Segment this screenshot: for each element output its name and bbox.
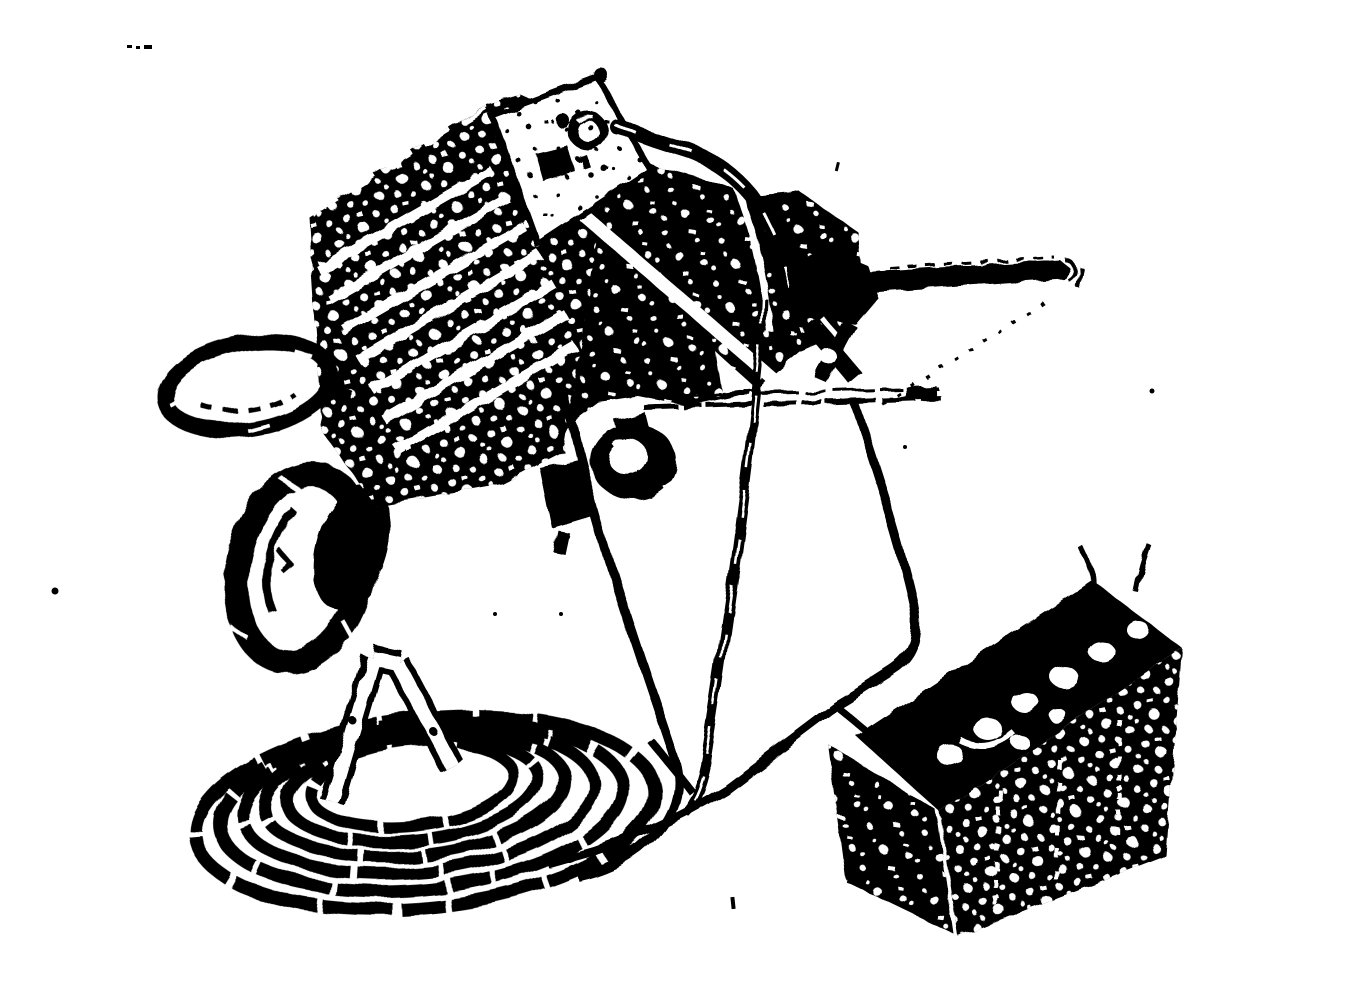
handle-rivet [428,726,436,734]
scanned-illustration: Scanned halftone illustration of a porta… [0,0,1366,996]
clamp-pivot-hole [820,348,836,364]
gauge-side-blob [556,114,570,128]
caster-hub [607,438,647,474]
illustration-canvas: Scanned halftone illustration of a porta… [0,0,1366,996]
rod-end-connector [906,385,937,400]
panel-corner-knob [594,68,608,82]
panel-pilot-dot [601,165,608,172]
handle-rivet [348,716,356,724]
